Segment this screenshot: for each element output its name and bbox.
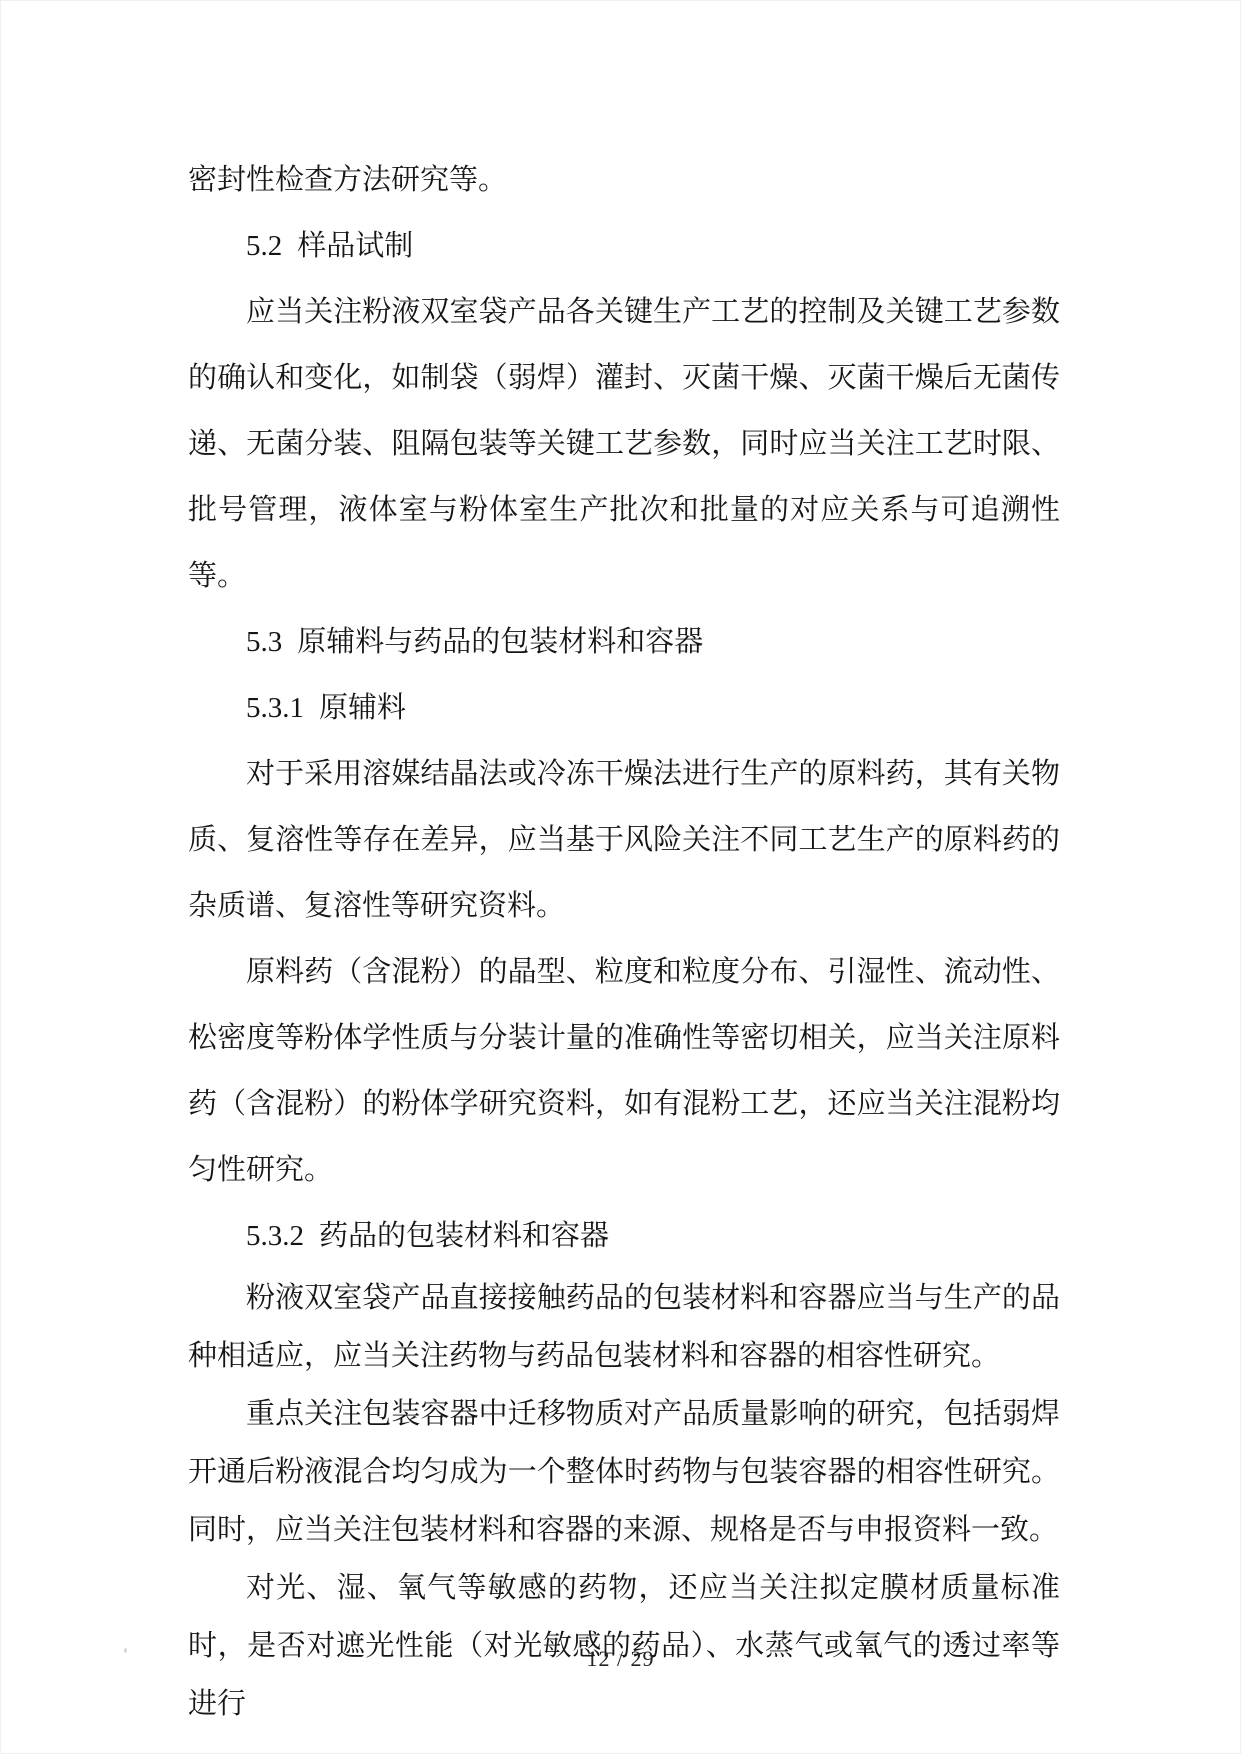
heading-title: 药品的包装材料和容器: [319, 1220, 609, 1252]
document-page: 密封性检查方法研究等。 5.2样品试制 应当关注粉液双室袋产品各关键生产工艺的控…: [0, 0, 1241, 1754]
page-number: 12 / 29: [0, 1646, 1241, 1672]
paragraph: 粉液双室袋产品直接接触药品的包装材料和容器应当与生产的品种相适应，应当关注药物与…: [188, 1269, 1060, 1385]
heading-title: 原辅料: [319, 692, 406, 724]
paragraph: 对于采用溶媒结晶法或冷冻干燥法进行生产的原料药，其有关物质、复溶性等存在差异，应…: [188, 741, 1060, 939]
paragraph-continuation: 密封性检查方法研究等。: [188, 147, 1060, 213]
heading-5-3-1: 5.3.1原辅料: [188, 675, 1060, 741]
page-body: 密封性检查方法研究等。 5.2样品试制 应当关注粉液双室袋产品各关键生产工艺的控…: [188, 147, 1060, 1733]
scan-artifact: [124, 1648, 127, 1653]
paragraph: 重点关注包装容器中迁移物质对产品质量影响的研究，包括弱焊开通后粉液混合均匀成为一…: [188, 1385, 1060, 1559]
heading-number: 5.2: [246, 230, 282, 262]
heading-title: 原辅料与药品的包装材料和容器: [297, 626, 703, 658]
heading-number: 5.3.2: [246, 1220, 304, 1252]
heading-5-2: 5.2样品试制: [188, 213, 1060, 279]
heading-number: 5.3.1: [246, 692, 304, 724]
heading-title: 样品试制: [297, 230, 413, 262]
paragraph: 原料药（含混粉）的晶型、粒度和粒度分布、引湿性、流动性、松密度等粉体学性质与分装…: [188, 939, 1060, 1203]
heading-number: 5.3: [246, 626, 282, 658]
heading-5-3-2: 5.3.2药品的包装材料和容器: [188, 1203, 1060, 1269]
heading-5-3: 5.3原辅料与药品的包装材料和容器: [188, 609, 1060, 675]
paragraph: 应当关注粉液双室袋产品各关键生产工艺的控制及关键工艺参数的确认和变化，如制袋（弱…: [188, 279, 1060, 609]
